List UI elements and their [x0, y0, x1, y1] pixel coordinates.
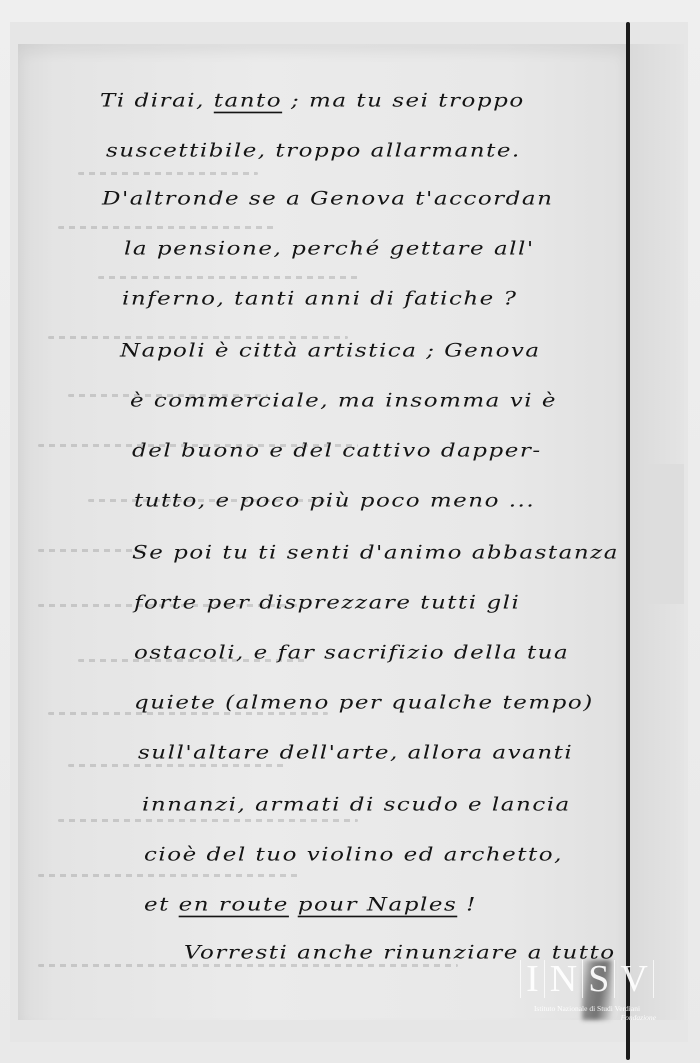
letter-line: ostacoli, e far sacrifizio della tua — [134, 642, 569, 663]
paper-patch — [648, 464, 684, 604]
letter-line: D'altronde se a Genova t'accordan — [102, 188, 553, 209]
letter-line-underlined: et en route pour Naples ! — [144, 894, 477, 915]
underlined-phrase: pour Naples — [298, 894, 458, 915]
watermark-subtitle: Fondazione — [512, 1013, 662, 1022]
letter-line: Napoli è città artistica ; Genova — [120, 340, 541, 361]
letter-line: la pensione, perché gettare all' — [124, 238, 535, 259]
letter-line: del buono e del cattivo dapper- — [132, 440, 542, 461]
letter-line: cioè del tuo violino ed archetto, — [144, 844, 563, 865]
letter-line: forte per disprezzare tutti gli — [134, 592, 520, 613]
watermark-letter: N — [544, 960, 582, 998]
underlined-phrase: en route — [179, 894, 289, 915]
watermark-institution-name: Istituto Nazionale di Studi Verdiani — [512, 1004, 662, 1013]
letter-line: Ti dirai, tanto ; ma tu sei troppo — [100, 90, 525, 111]
adjacent-leaf — [630, 44, 684, 1020]
letter-line: quiete (almeno per qualche tempo) — [134, 692, 594, 713]
insv-watermark: I N S V Istituto Nazionale di Studi Verd… — [512, 960, 662, 1022]
letter-line: suscettibile, troppo allarmante. — [106, 140, 521, 161]
letter-line: inferno, tanti anni di fatiche ? — [122, 288, 517, 309]
watermark-letter: V — [614, 960, 653, 998]
letter-line: sull'altare dell'arte, allora avanti — [138, 742, 573, 763]
binding-fold-line — [626, 22, 630, 1060]
watermark-letter: S — [582, 960, 614, 998]
letter-line: tutto, e poco più poco meno ... — [134, 490, 535, 511]
watermark-logo: I N S V — [512, 960, 662, 998]
letter-line: è commerciale, ma insomma vi è — [130, 390, 557, 411]
letter-line: Se poi tu ti senti d'animo abbastanza — [132, 542, 619, 563]
letter-line: innanzi, armati di scudo e lancia — [142, 794, 571, 815]
underlined-phrase: tanto — [214, 90, 282, 111]
watermark-letter: I — [520, 960, 544, 998]
